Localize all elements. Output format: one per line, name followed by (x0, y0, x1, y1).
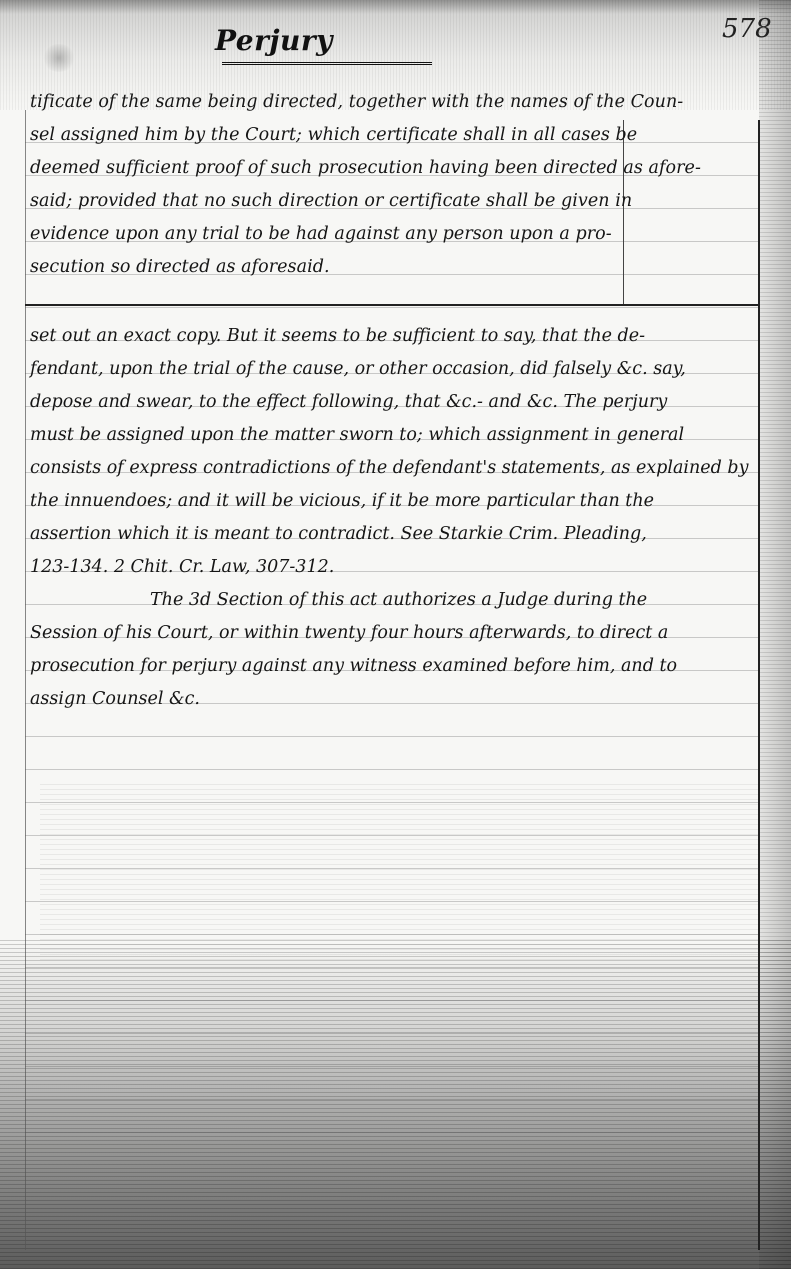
text-line: secution so directed as aforesaid. (30, 257, 330, 277)
text-line: deemed sufficient proof of such prosecut… (30, 158, 701, 178)
text-line: fendant, upon the trial of the cause, or… (30, 359, 686, 379)
text-line: 123-134. 2 Chit. Cr. Law, 307-312. (30, 557, 334, 577)
right-margin-line (758, 120, 760, 1250)
text-line: tificate of the same being directed, tog… (30, 92, 683, 112)
text-line: prosecution for perjury against any witn… (30, 656, 677, 676)
text-line: assertion which it is meant to contradic… (30, 524, 647, 544)
title-underline (222, 62, 432, 65)
section-divider-rule (25, 304, 758, 306)
text-line: assign Counsel &c. (30, 689, 200, 709)
text-line: consists of express contradictions of th… (30, 458, 748, 478)
text-line: said; provided that no such direction or… (30, 191, 632, 211)
text-line-indented: The 3d Section of this act authorizes a … (150, 590, 647, 610)
text-line: the innuendoes; and it will be vicious, … (30, 491, 654, 511)
page-title: Perjury (215, 24, 333, 57)
text-line: evidence upon any trial to be had agains… (30, 224, 612, 244)
page-number: 578 (722, 14, 772, 44)
text-line: sel assigned him by the Court; which cer… (30, 125, 637, 145)
stamp-mark (42, 44, 76, 72)
text-line: depose and swear, to the effect followin… (30, 392, 667, 412)
column-divider (623, 120, 624, 306)
text-line: Session of his Court, or within twenty f… (30, 623, 668, 643)
text-line: must be assigned upon the matter sworn t… (30, 425, 684, 445)
text-line: set out an exact copy. But it seems to b… (30, 326, 645, 346)
left-margin-line (25, 110, 26, 1250)
